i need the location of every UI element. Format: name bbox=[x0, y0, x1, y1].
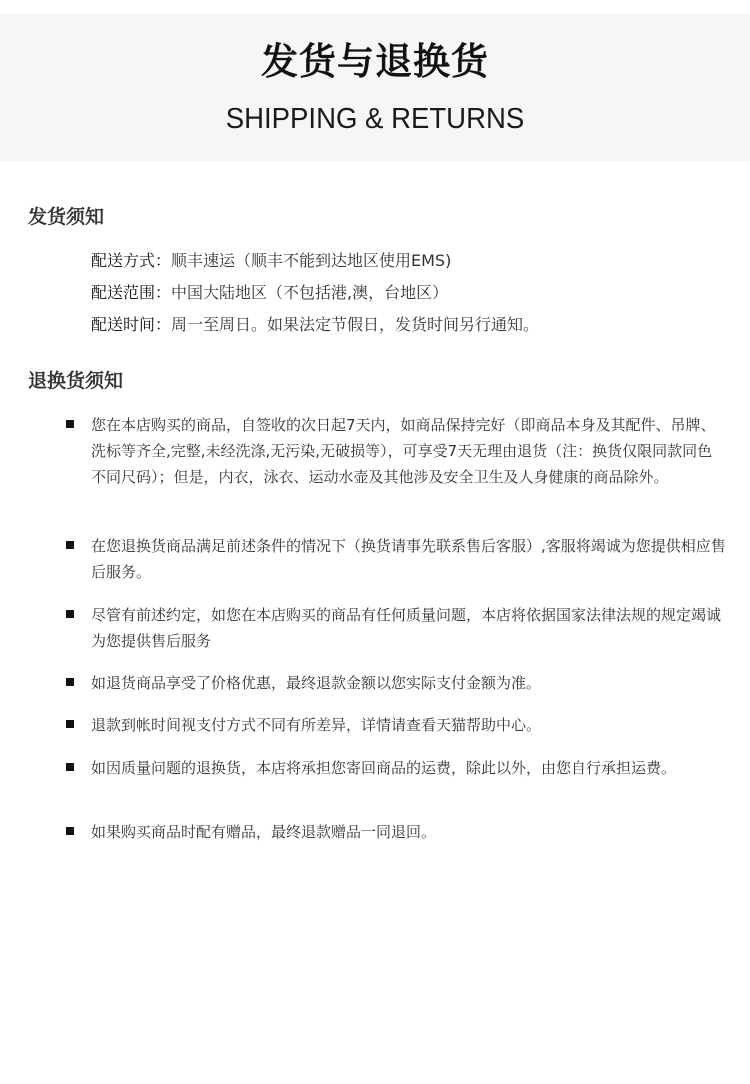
square-bullet-icon bbox=[66, 720, 74, 728]
page-subtitle: SHIPPING & RETURNS bbox=[19, 102, 732, 136]
returns-item-text: 您在本店购买的商品，自签收的次日起7天内，如商品保持完好（即商品本身及其配件、吊… bbox=[91, 412, 726, 490]
returns-item: 在您退换货商品满足前述条件的情况下（换货请事先联系售后客服）,客服将竭诚为您提供… bbox=[66, 533, 726, 585]
square-bullet-icon bbox=[66, 678, 74, 686]
shipping-range-value: 中国大陆地区（不包括港,澳，台地区） bbox=[171, 283, 448, 302]
square-bullet-icon bbox=[66, 827, 74, 835]
returns-item-text: 如果购买商品时配有赠品，最终退款赠品一同退回。 bbox=[91, 819, 726, 845]
returns-item: 退款到帐时间视支付方式不同有所差异，详情请查看天猫帮助中心。 bbox=[66, 712, 726, 738]
returns-item-text: 退款到帐时间视支付方式不同有所差异，详情请查看天猫帮助中心。 bbox=[91, 712, 726, 738]
header-band bbox=[0, 14, 750, 161]
shipping-range-label: 配送范围： bbox=[91, 283, 171, 302]
returns-item: 如退货商品享受了价格优惠，最终退款金额以您实际支付金额为准。 bbox=[66, 670, 726, 696]
square-bullet-icon bbox=[66, 763, 74, 771]
returns-item: 尽管有前述约定，如您在本店购买的商品有任何质量问题，本店将依据国家法律法规的规定… bbox=[66, 602, 726, 654]
returns-item: 您在本店购买的商品，自签收的次日起7天内，如商品保持完好（即商品本身及其配件、吊… bbox=[66, 412, 726, 490]
returns-item: 如因质量问题的退换货，本店将承担您寄回商品的运费，除此以外，由您自行承担运费。 bbox=[66, 755, 726, 781]
returns-item-text: 如退货商品享受了价格优惠，最终退款金额以您实际支付金额为准。 bbox=[91, 670, 726, 696]
shipping-time-line: 配送时间：周一至周日。如果法定节假日，发货时间另行通知。 bbox=[91, 314, 539, 336]
returns-item-text: 在您退换货商品满足前述条件的情况下（换货请事先联系售后客服）,客服将竭诚为您提供… bbox=[91, 533, 726, 585]
shipping-method-label: 配送方式： bbox=[91, 251, 171, 270]
shipping-method-line: 配送方式：顺丰速运（顺丰不能到达地区使用EMS) bbox=[91, 250, 451, 272]
returns-heading: 退换货须知 bbox=[28, 369, 123, 393]
square-bullet-icon bbox=[66, 420, 74, 428]
page-title: 发货与退换货 bbox=[0, 40, 750, 84]
shipping-heading: 发货须知 bbox=[28, 205, 104, 229]
square-bullet-icon bbox=[66, 541, 74, 549]
shipping-time-value: 周一至周日。如果法定节假日，发货时间另行通知。 bbox=[171, 315, 539, 334]
shipping-method-value: 顺丰速运（顺丰不能到达地区使用EMS) bbox=[171, 251, 451, 270]
returns-item: 如果购买商品时配有赠品，最终退款赠品一同退回。 bbox=[66, 819, 726, 845]
shipping-range-line: 配送范围：中国大陆地区（不包括港,澳，台地区） bbox=[91, 282, 448, 304]
square-bullet-icon bbox=[66, 610, 74, 618]
returns-item-text: 尽管有前述约定，如您在本店购买的商品有任何质量问题，本店将依据国家法律法规的规定… bbox=[91, 602, 726, 654]
shipping-time-label: 配送时间： bbox=[91, 315, 171, 334]
returns-item-text: 如因质量问题的退换货，本店将承担您寄回商品的运费，除此以外，由您自行承担运费。 bbox=[91, 755, 726, 781]
